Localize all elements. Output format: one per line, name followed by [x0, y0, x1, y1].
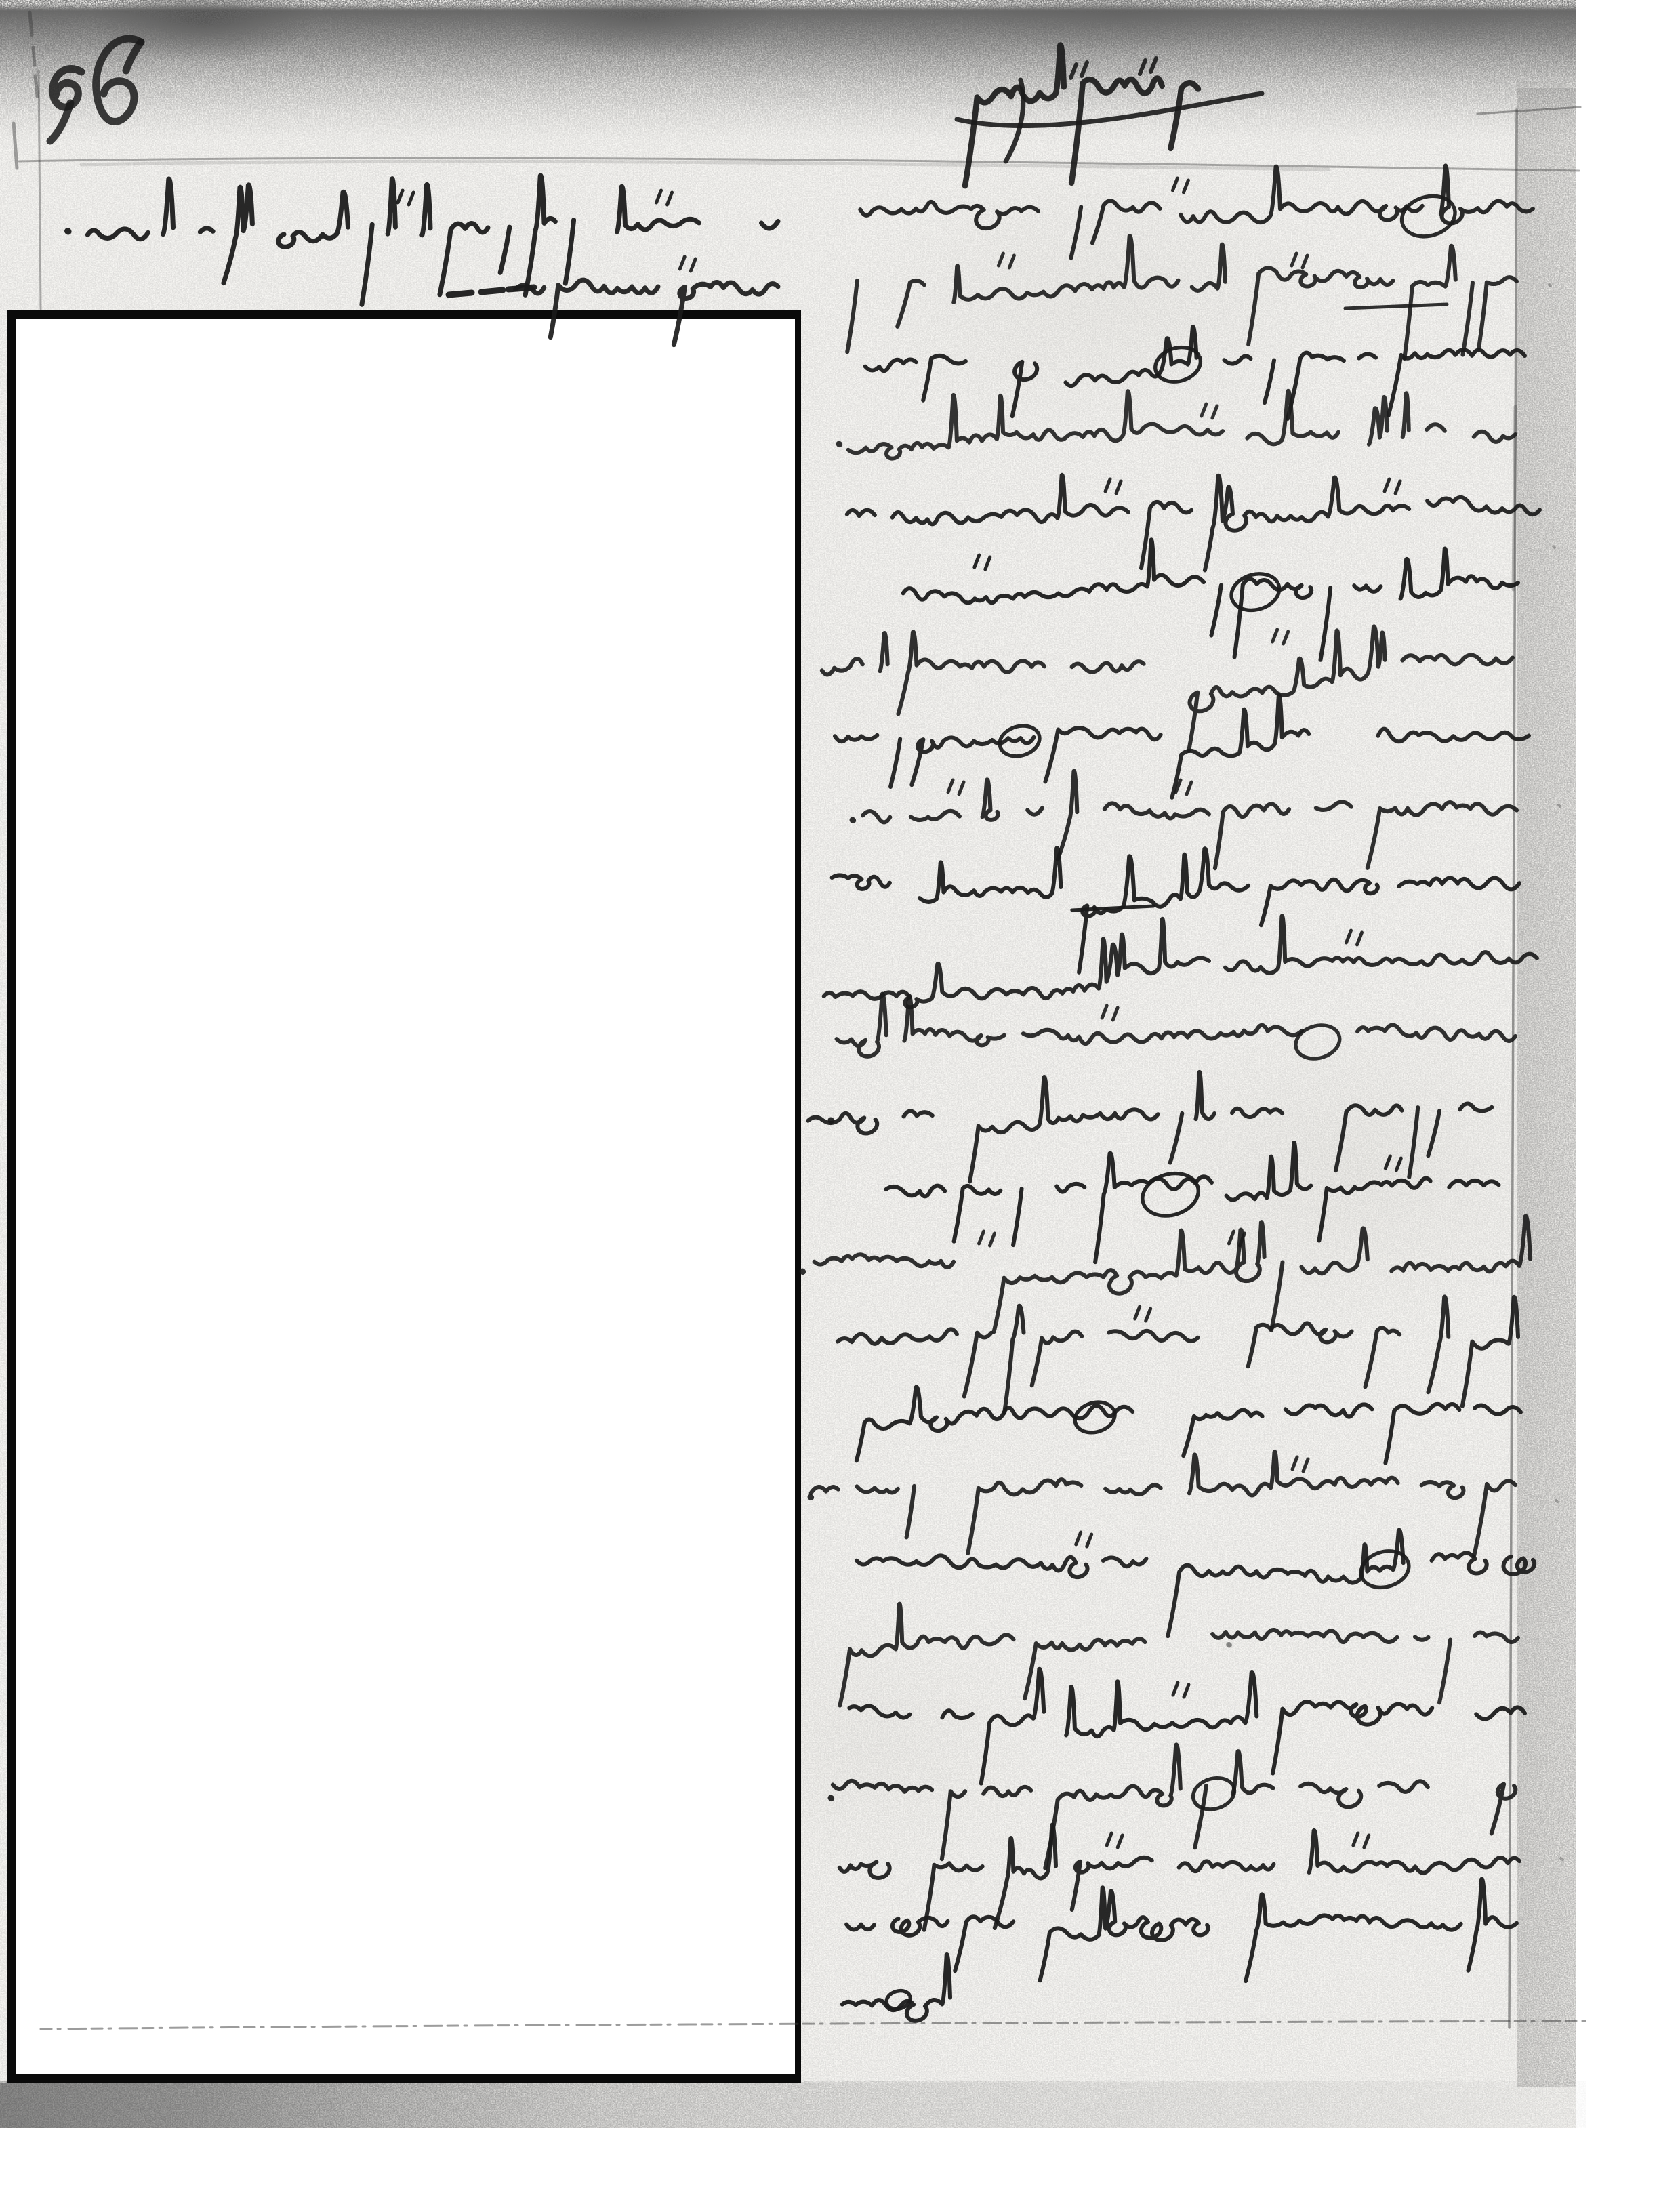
handwriting-line-gershayim [1107, 1833, 1369, 1847]
pencil-guides [14, 12, 1586, 2029]
handwriting-line-gershayim [1202, 404, 1217, 418]
handwriting-line [815, 1216, 1530, 1332]
handwriting-line [851, 539, 1518, 659]
folio-mark [50, 39, 141, 141]
handwriting-line [832, 848, 1519, 972]
handwriting-line-loop [1193, 1778, 1235, 1809]
left-edge-scratches [14, 12, 37, 168]
handwriting-line-gershayim [1173, 1683, 1189, 1697]
handwriting-line-gershayim [1385, 1156, 1401, 1170]
handwriting-line-gershayim [1347, 930, 1362, 945]
handwriting-line-gershayim [1076, 1532, 1092, 1547]
handwriting-line-gershayim [979, 1231, 1245, 1246]
handwriting-line-loop [1296, 1025, 1340, 1059]
header-flourish [957, 94, 1262, 126]
margin-note [68, 176, 778, 345]
margin-specks [1549, 285, 1563, 1860]
handwriting-line [821, 1387, 1521, 1463]
handwriting-line-gershayim [1135, 1307, 1151, 1321]
header-gershayim [1071, 58, 1156, 78]
handwriting-line-gershayim [1273, 630, 1288, 644]
handwriting-line-period [853, 820, 853, 821]
handwriting-line [811, 1452, 1515, 1555]
handwriting-line [833, 1744, 1515, 1868]
top-right-tick [1477, 107, 1580, 114]
handwriting-line-period [839, 444, 840, 445]
handwriting-line [857, 1530, 1534, 1636]
scanned-page: Scanned handwritten manuscript page Hebr… [0, 0, 1659, 2212]
handwriting-line [836, 994, 1515, 1057]
handwriting-line-mid-dot [1229, 1645, 1229, 1645]
handwriting-line-period [831, 1120, 832, 1121]
folio-mark-stroke [53, 68, 81, 107]
handwriting-line [824, 916, 1537, 1007]
margin-note-line-gershayim [398, 190, 672, 205]
handwriting-line-period [831, 1798, 832, 1799]
handwriting-line-gershayim [1105, 479, 1400, 493]
handwriting-line-underline [1345, 304, 1447, 308]
bottom-rule [41, 2021, 1586, 2029]
margin-note-dashes [449, 287, 534, 295]
handwriting-line-gershayim [1172, 178, 1188, 192]
handwriting-line [844, 327, 1525, 419]
margin-note-period [68, 231, 68, 232]
main-text-column [802, 165, 1540, 2020]
folio-mark-stroke [126, 42, 141, 70]
handwriting-line [838, 1296, 1518, 1412]
handwriting-line-gershayim [1102, 1006, 1118, 1020]
handwriting-line-gershayim [975, 555, 990, 569]
handwriting-line [808, 1072, 1492, 1182]
handwriting-line-gershayim [998, 253, 1307, 268]
handwriting-line [823, 475, 1540, 571]
right-vertical-rule [1509, 110, 1517, 2028]
margin-note-line [516, 280, 779, 345]
handwriting-line-period [811, 1497, 811, 1498]
handwriting-line [860, 165, 1533, 258]
margin-note-line [87, 176, 778, 304]
under-header-smudge [81, 161, 1328, 169]
margin-note-line-gershayim [680, 257, 695, 271]
handwriting-line [835, 695, 1529, 798]
handwriting-line-period [802, 1271, 803, 1272]
left-vertical-rule [39, 70, 41, 309]
handwriting-line [840, 1825, 1519, 1930]
handwriting-line [848, 391, 1515, 459]
manuscript-artwork [0, 0, 1659, 2212]
handwriting-line-gershayim [1292, 1457, 1308, 1471]
